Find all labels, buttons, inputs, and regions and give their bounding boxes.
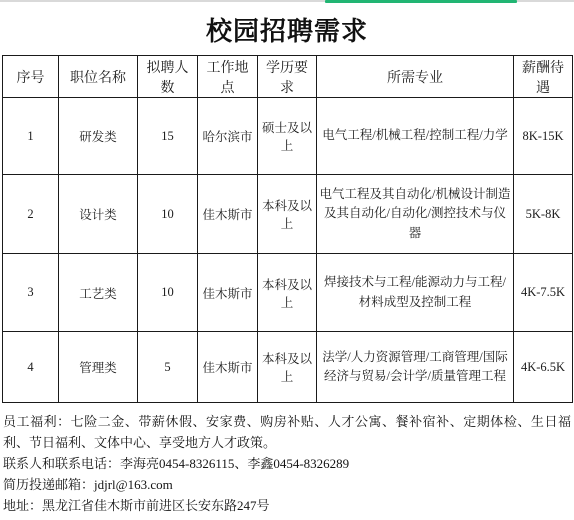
table-row: 4 管理类 5 佳木斯市 本科及以上 法学/人力资源管理/工商管理/国际经济与贸… xyxy=(3,332,573,403)
contact-line: 联系人和联系电话：李海亮0454-8326115、李鑫0454-8326289 xyxy=(3,453,571,474)
cell-education: 本科及以上 xyxy=(258,332,317,403)
cell-headcount: 10 xyxy=(138,175,198,254)
address-line: 地址：黑龙江省佳木斯市前进区长安东路247号 xyxy=(3,495,571,516)
benefits-line: 员工福利：七险二金、带薪休假、安家费、购房补贴、人才公寓、餐补宿补、定期体检、生… xyxy=(3,411,571,453)
cell-index: 3 xyxy=(3,254,59,332)
cell-salary: 4K-6.5K xyxy=(514,332,573,403)
footer-notes: 员工福利：七险二金、带薪休假、安家费、购房补贴、人才公寓、餐补宿补、定期体检、生… xyxy=(3,411,571,516)
table-header-row: 序号 职位名称 拟聘人数 工作地点 学历要求 所需专业 薪酬待遇 xyxy=(3,56,573,98)
col-header-education: 学历要求 xyxy=(258,56,317,98)
col-header-position: 职位名称 xyxy=(59,56,138,98)
page-title: 校园招聘需求 xyxy=(0,11,574,48)
cell-education: 本科及以上 xyxy=(258,175,317,254)
cell-index: 2 xyxy=(3,175,59,254)
cell-position: 工艺类 xyxy=(59,254,138,332)
table-row: 2 设计类 10 佳木斯市 本科及以上 电气工程及其自动化/机械设计制造及其自动… xyxy=(3,175,573,254)
cell-position: 设计类 xyxy=(59,175,138,254)
document-preview: 校园招聘需求 序号 职位名称 拟聘人数 工作地点 学历要求 所需专业 薪酬待遇 … xyxy=(0,0,574,520)
cell-headcount: 15 xyxy=(138,98,198,175)
cell-position: 研发类 xyxy=(59,98,138,175)
horizontal-scrollbar-thumb[interactable] xyxy=(325,0,517,3)
recruitment-table: 序号 职位名称 拟聘人数 工作地点 学历要求 所需专业 薪酬待遇 1 研发类 1… xyxy=(2,55,573,403)
cell-location: 佳木斯市 xyxy=(198,332,258,403)
col-header-salary: 薪酬待遇 xyxy=(514,56,573,98)
cell-salary: 4K-7.5K xyxy=(514,254,573,332)
email-line: 简历投递邮箱：jdjrl@163.com xyxy=(3,474,571,495)
cell-salary: 5K-8K xyxy=(514,175,573,254)
cell-majors: 电气工程及其自动化/机械设计制造及其自动化/自动化/测控技术与仪器 xyxy=(317,175,514,254)
col-header-headcount: 拟聘人数 xyxy=(138,56,198,98)
cell-education: 硕士及以上 xyxy=(258,98,317,175)
cell-majors: 焊接技术与工程/能源动力与工程/材料成型及控制工程 xyxy=(317,254,514,332)
col-header-index: 序号 xyxy=(3,56,59,98)
cell-headcount: 10 xyxy=(138,254,198,332)
table-row: 1 研发类 15 哈尔滨市 硕士及以上 电气工程/机械工程/控制工程/力学 8K… xyxy=(3,98,573,175)
cell-headcount: 5 xyxy=(138,332,198,403)
horizontal-scrollbar-track[interactable] xyxy=(0,0,574,2)
cell-majors: 法学/人力资源管理/工商管理/国际经济与贸易/会计学/质量管理工程 xyxy=(317,332,514,403)
cell-index: 1 xyxy=(3,98,59,175)
col-header-majors: 所需专业 xyxy=(317,56,514,98)
cell-index: 4 xyxy=(3,332,59,403)
cell-location: 佳木斯市 xyxy=(198,175,258,254)
col-header-location: 工作地点 xyxy=(198,56,258,98)
table-row: 3 工艺类 10 佳木斯市 本科及以上 焊接技术与工程/能源动力与工程/材料成型… xyxy=(3,254,573,332)
cell-position: 管理类 xyxy=(59,332,138,403)
cell-location: 佳木斯市 xyxy=(198,254,258,332)
cell-majors: 电气工程/机械工程/控制工程/力学 xyxy=(317,98,514,175)
cell-education: 本科及以上 xyxy=(258,254,317,332)
cell-salary: 8K-15K xyxy=(514,98,573,175)
cell-location: 哈尔滨市 xyxy=(198,98,258,175)
